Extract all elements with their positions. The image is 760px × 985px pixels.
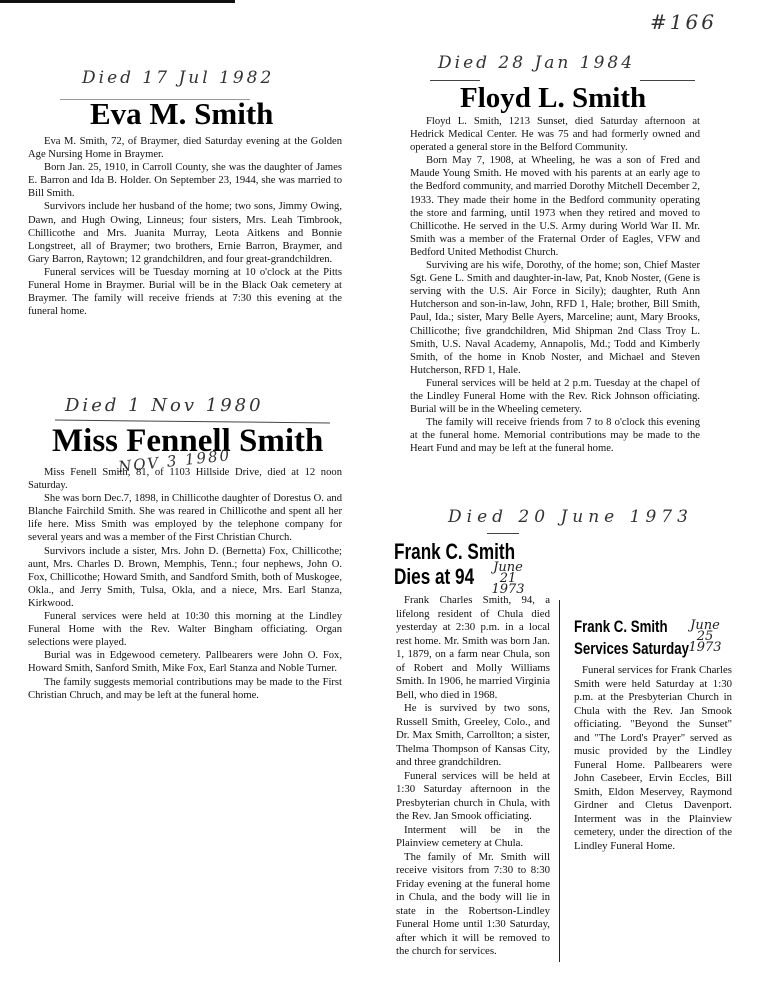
divider (430, 80, 480, 81)
note-year: 1973 (680, 642, 730, 653)
top-border-line (0, 0, 235, 3)
headline-line-2: Services Saturday (574, 639, 689, 659)
handwritten-death-date: Died 28 Jan 1984 (438, 53, 635, 73)
handwritten-death-date: Died 17 Jul 1982 (82, 68, 274, 88)
paragraph: Eva M. Smith, 72, of Braymer, died Satur… (28, 135, 342, 161)
handwritten-date-note: June 25 1973 (680, 620, 730, 653)
paragraph: Funeral services will be held at 2 p.m. … (410, 377, 700, 416)
paragraph: Surviving are his wife, Dorothy, of the … (410, 259, 700, 377)
obituary-text: Miss Fenell Smith, 81, of 1103 Hillside … (28, 466, 342, 702)
paragraph: She was born Dec.7, 1898, in Chillicothe… (28, 492, 342, 544)
paragraph: Funeral services will be held at 1:30 Sa… (396, 770, 550, 824)
obituary-text: Funeral services for Frank Charles Smith… (574, 664, 732, 853)
paragraph: The family of Mr. Smith will receive vis… (396, 851, 550, 959)
paragraph: Born May 7, 1908, at Wheeling, he was a … (410, 154, 700, 259)
paragraph: Funeral services were held at 10:30 this… (28, 610, 342, 649)
divider (487, 533, 519, 534)
headline: Floyd L. Smith (460, 82, 646, 115)
paragraph: Floyd L. Smith, 1213 Sunset, died Saturd… (410, 115, 700, 154)
paragraph: Miss Fenell Smith, 81, of 1103 Hillside … (28, 466, 342, 492)
paragraph: Funeral services for Frank Charles Smith… (574, 664, 732, 853)
headline-line-1: Frank C. Smith (574, 617, 668, 637)
obituary-text: Floyd L. Smith, 1213 Sunset, died Saturd… (410, 115, 700, 455)
paragraph: The family will receive friends from 7 t… (410, 416, 700, 455)
headline: Eva M. Smith (90, 96, 273, 132)
paragraph: The family suggests memorial contributio… (28, 676, 342, 702)
paragraph: Funeral services will be Tuesday morning… (28, 266, 342, 318)
paragraph: Frank Charles Smith, 94, a lifelong resi… (396, 594, 550, 702)
handwritten-death-date: Died 1 Nov 1980 (65, 395, 264, 416)
page-number-mark: #166 (650, 10, 717, 34)
obituary-text: Eva M. Smith, 72, of Braymer, died Satur… (28, 135, 342, 318)
divider (640, 80, 695, 81)
paragraph: Survivors include her husband of the hom… (28, 200, 342, 265)
paragraph: Born Jan. 25, 1910, in Carroll County, s… (28, 161, 342, 200)
paragraph: He is survived by two sons, Russell Smit… (396, 702, 550, 770)
headline-line-2: Dies at 94 (394, 564, 474, 590)
obituary-text: Frank Charles Smith, 94, a lifelong resi… (396, 594, 550, 959)
paragraph: Burial was in Edgewood cemetery. Pallbea… (28, 649, 342, 675)
column-rule (559, 600, 560, 962)
handwritten-death-date: Died 20 June 1973 (448, 507, 693, 527)
handwritten-date-note: June 21 1973 (488, 562, 528, 595)
paragraph: Survivors include a sister, Mrs. John D.… (28, 545, 342, 610)
paragraph: Interment will be in the Plainview cemet… (396, 824, 550, 851)
